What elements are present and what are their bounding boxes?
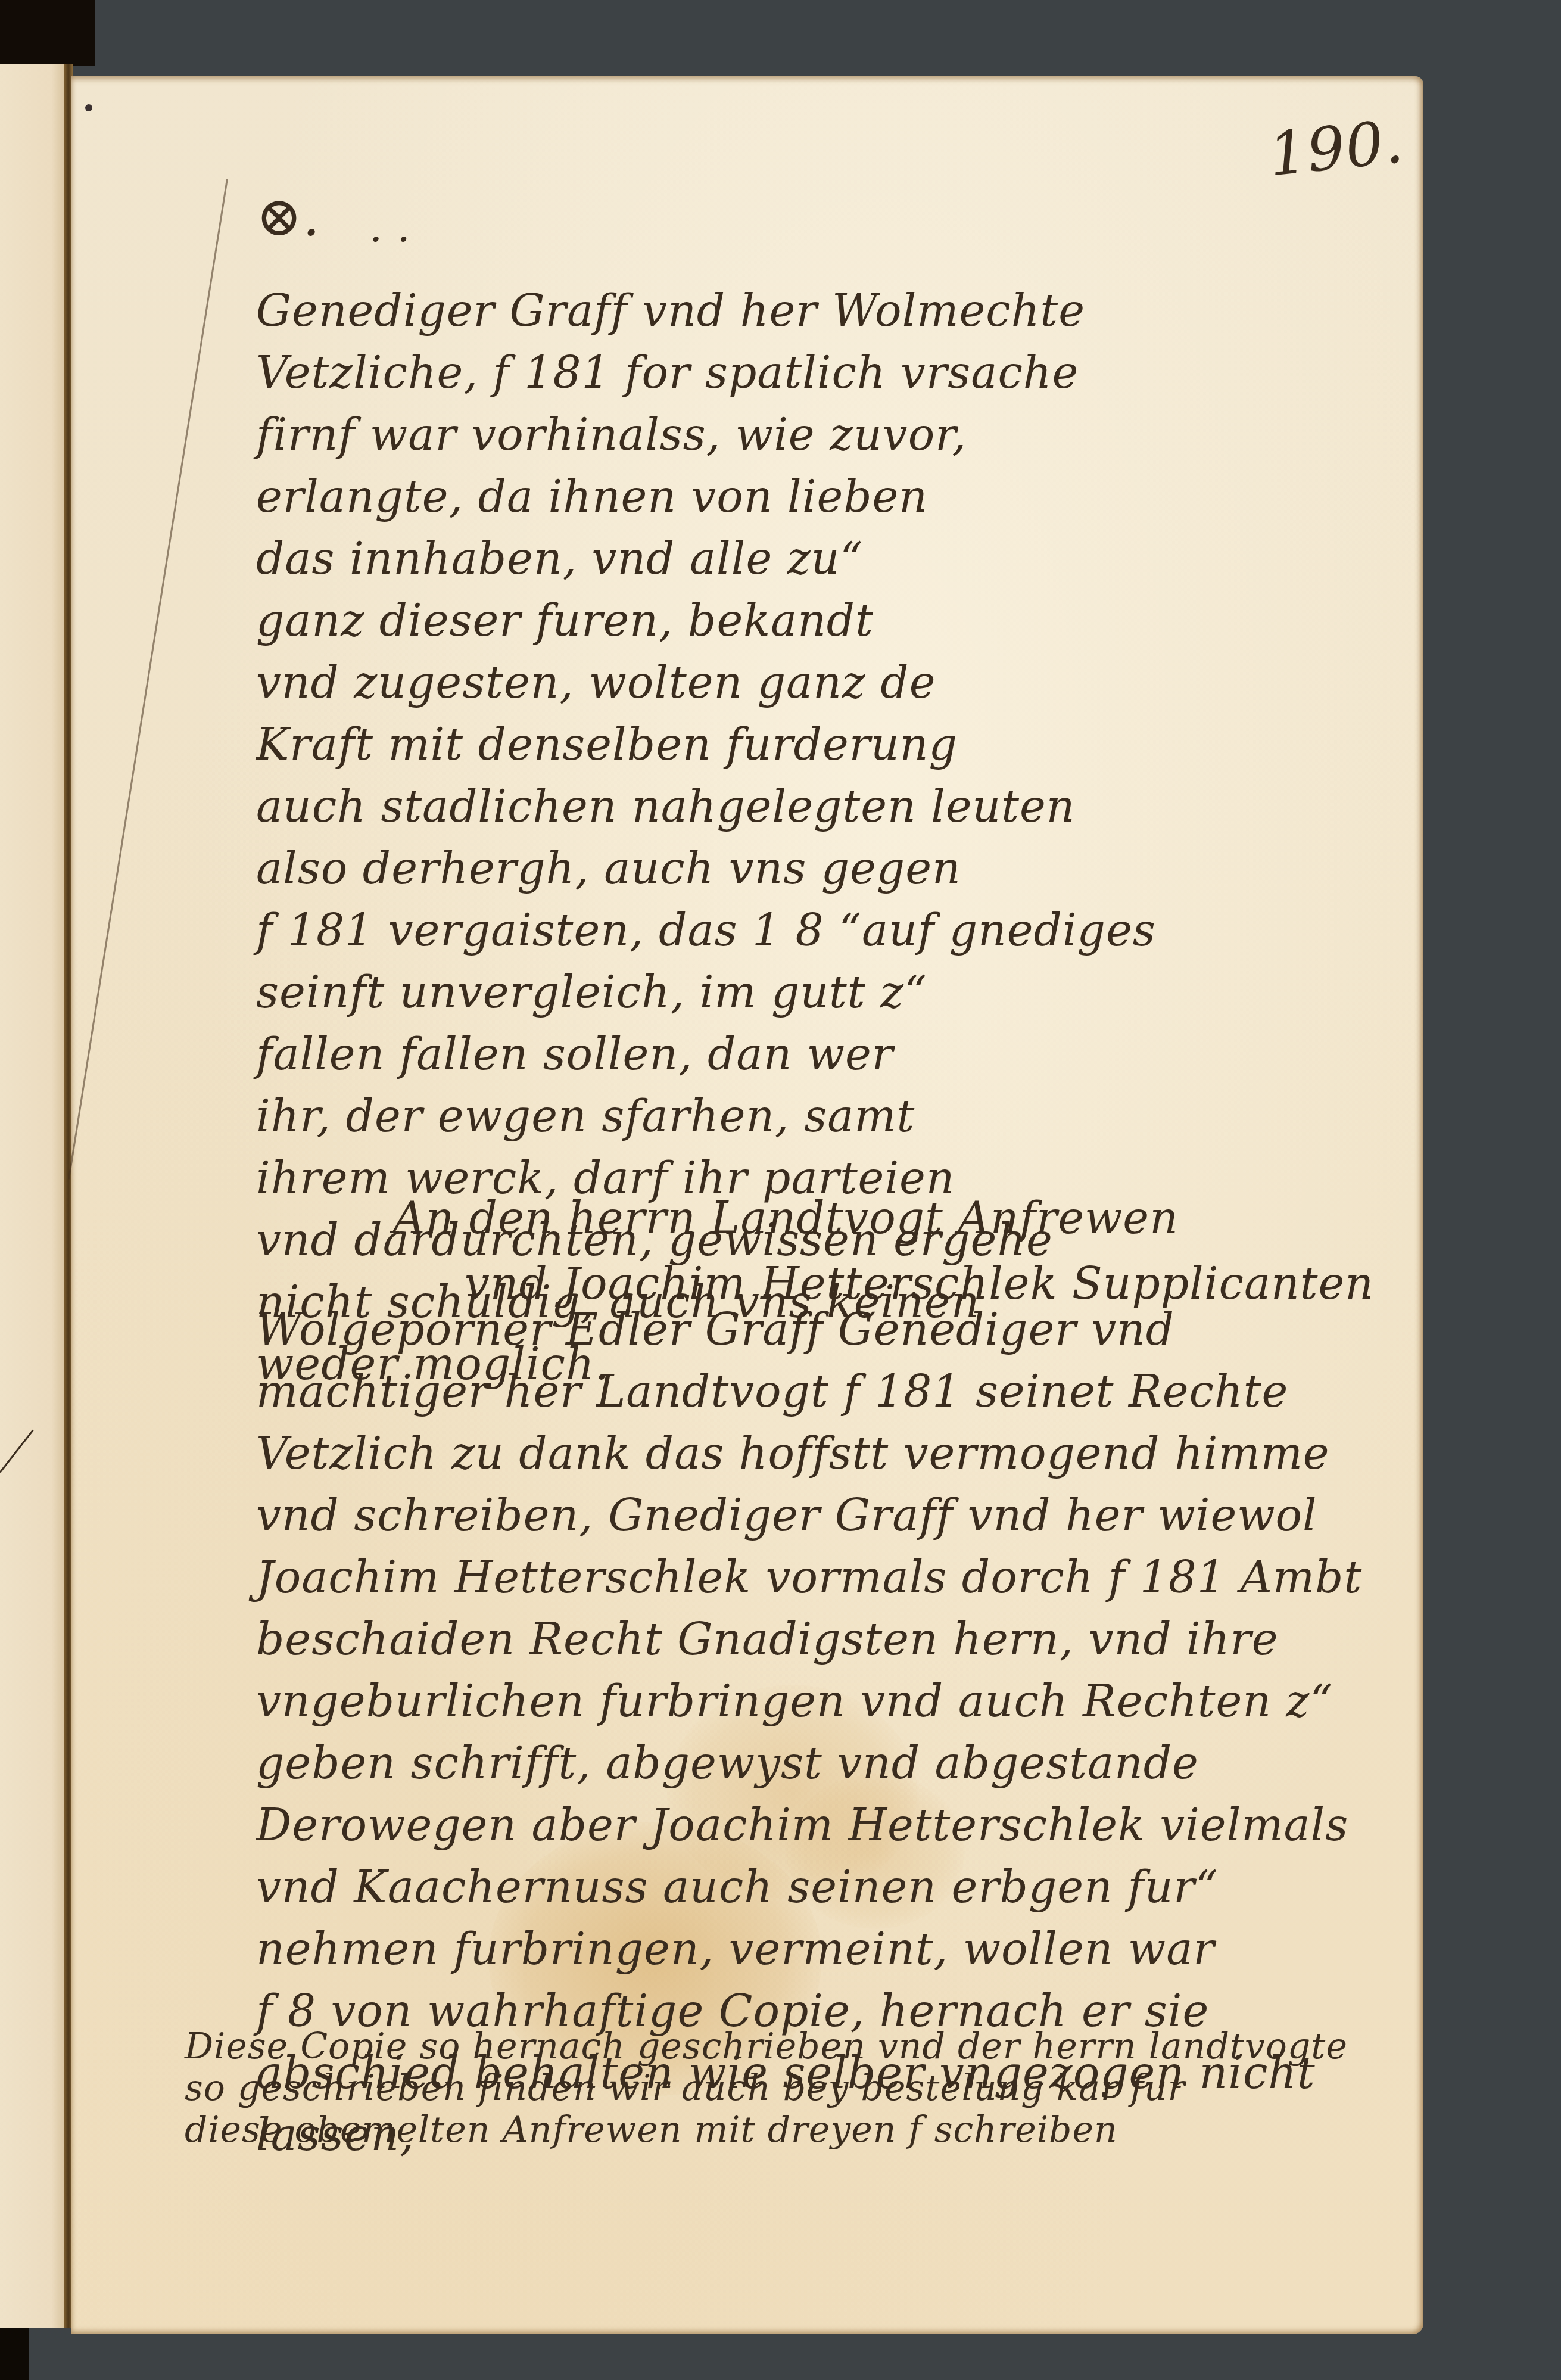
text-line: f 181 vergaisten, das 1 8 “auf gnediges — [256, 900, 1156, 962]
text-line: Vetzlich zu dank das hoffstt vermogend h… — [256, 1423, 1362, 1485]
text-line: ihr, der ewgen sfarhen, samt — [256, 1085, 1156, 1147]
scan-background-top-left — [0, 0, 95, 66]
text-line: vnd schreiben, Gnediger Graff vnd her wi… — [256, 1485, 1362, 1547]
text-line: das innhaben, vnd alle zu“ — [256, 528, 1156, 590]
note-line: Diese Copie so hernach geschrieben vnd d… — [185, 2026, 1348, 2067]
text-line: Vetzliche, f 181 for spatlich vrsache — [256, 342, 1156, 404]
text-line: fallen fallen sollen, dan wer — [256, 1023, 1156, 1085]
text-line: Joachim Hetterschlek vormals dorch f 181… — [256, 1547, 1362, 1609]
text-line: Kraft mit denselben furderung — [256, 714, 1156, 776]
text-line: seinft unvergleich, im gutt z“ — [256, 962, 1156, 1023]
section-heading: An den herrn Landtvogt Anfrewen vnd Joac… — [393, 1186, 1374, 1317]
note-line: so geschrieben finden wir auch bey beste… — [185, 2067, 1348, 2109]
text-line: ganz dieser furen, bekandt — [256, 590, 1156, 652]
text-line: machtiger her Landtvogt f 181 seinet Rec… — [256, 1361, 1362, 1423]
text-line: Genediger Graff vnd her Wolmechte — [256, 280, 1156, 342]
text-line: Wolgeporner Edler Graff Genediger vnd — [256, 1299, 1362, 1361]
note-line: diese obemelten Anfrewen mit dreyen f sc… — [185, 2109, 1348, 2151]
folio-number: 190. — [1266, 106, 1407, 189]
text-line: firnf war vorhinalss, wie zuvor, — [256, 404, 1156, 466]
text-line: also derhergh, auch vns gegen — [256, 838, 1156, 900]
facing-page-edge — [0, 64, 64, 2328]
text-line: vnd Kaachernuss auch seinen erbgen fur“ — [256, 1856, 1362, 1918]
heading-line: An den herrn Landtvogt Anfrewen — [393, 1186, 1374, 1251]
text-line: Derowegen aber Joachim Hetterschlek viel… — [256, 1794, 1362, 1856]
text-line: beschaiden Recht Gnadigsten hern, vnd ih… — [256, 1609, 1362, 1670]
bottom-note: Diese Copie so hernach geschrieben vnd d… — [185, 2026, 1348, 2151]
scan-background-bottom-left — [0, 2326, 29, 2380]
text-line: nehmen furbringen, vermeint, wollen war — [256, 1918, 1362, 1980]
text-line: vngeburlichen furbringen vnd auch Rechte… — [256, 1670, 1362, 1732]
text-line: vnd zugesten, wolten ganz de — [256, 652, 1156, 714]
margin-dots: . . — [369, 203, 411, 251]
text-line: auch stadlichen nahgelegten leuten — [256, 776, 1156, 838]
margin-cross-mark: ⊗. — [256, 185, 320, 248]
text-line: erlangte, da ihnen von lieben — [256, 466, 1156, 528]
ink-dot — [85, 104, 92, 111]
text-line: geben schrifft, abgewyst vnd abgestande — [256, 1732, 1362, 1794]
